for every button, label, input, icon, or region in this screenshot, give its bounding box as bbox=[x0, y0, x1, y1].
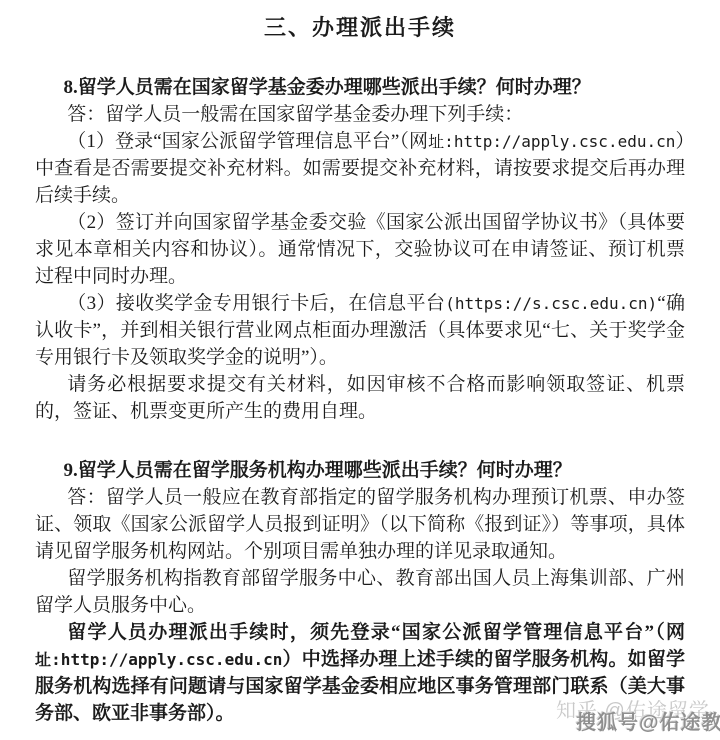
item-3: （3）接收奖学金专用银行卡后，在信息平台(https://s.csc.edu.c… bbox=[35, 290, 685, 371]
answer-9-intro: 答：留学人员一般应在教育部指定的留学服务机构办理预订机票、申办签证、领取《国家公… bbox=[35, 484, 685, 565]
document: 三、办理派出手续 8.留学人员需在国家留学基金委办理哪些派出手续？何时办理？答：… bbox=[35, 10, 685, 727]
document-body: 8.留学人员需在国家留学基金委办理哪些派出手续？何时办理？答：留学人员一般需在国… bbox=[35, 74, 685, 727]
document-title: 三、办理派出手续 bbox=[35, 12, 685, 44]
text-run: 8.留学人员需在国家留学基金委办理哪些派出手续？何时办理？ bbox=[64, 77, 591, 98]
text-run: （2）签订并向国家留学基金委交验《国家公派出国留学协议书》（具体要求见本章相关内… bbox=[35, 212, 685, 287]
url-text: 址:http://apply.csc.edu.cn bbox=[35, 650, 282, 669]
item-1: （1）登录“国家公派留学管理信息平台”（网址:http://apply.csc.… bbox=[35, 128, 685, 209]
service-agencies: 留学服务机构指教育部留学服务中心、教育部出国人员上海集训部、广州留学人员服务中心… bbox=[35, 565, 685, 619]
text-run: 留学服务机构指教育部留学服务中心、教育部出国人员上海集训部、广州留学人员服务中心… bbox=[35, 568, 685, 616]
text-run: （3）接收奖学金专用银行卡后，在信息平台 bbox=[67, 293, 445, 314]
notice-9-emphasis: 留学人员办理派出手续时，须先登录“国家公派留学管理信息平台”（网址:http:/… bbox=[35, 619, 685, 727]
answer-8-intro: 答：留学人员一般需在国家留学基金委办理下列手续： bbox=[35, 101, 685, 128]
question-9: 9.留学人员需在留学服务机构办理哪些派出手续？何时办理？ bbox=[35, 457, 685, 484]
item-2: （2）签订并向国家留学基金委交验《国家公派出国留学协议书》（具体要求见本章相关内… bbox=[35, 209, 685, 290]
url-text: 址:http://apply.csc.edu.cn bbox=[428, 132, 675, 151]
text-run: 答：留学人员一般需在国家留学基金委办理下列手续： bbox=[67, 104, 523, 125]
text-run: 请务必根据要求提交有关材料，如因审核不合格而影响领取签证、机票的，签证、机票变更… bbox=[35, 374, 685, 422]
text-run: （1）登录“国家公派留学管理信息平台”（网 bbox=[67, 131, 428, 152]
text-run: 9.留学人员需在留学服务机构办理哪些派出手续？何时办理？ bbox=[64, 460, 572, 481]
notice-8: 请务必根据要求提交有关材料，如因审核不合格而影响领取签证、机票的，签证、机票变更… bbox=[35, 371, 685, 425]
page-root: 三、办理派出手续 8.留学人员需在国家留学基金委办理哪些派出手续？何时办理？答：… bbox=[0, 0, 720, 740]
text-run: 留学人员办理派出手续时，须先登录“国家公派留学管理信息平台”（网 bbox=[67, 622, 685, 643]
text-run: 答：留学人员一般应在教育部指定的留学服务机构办理预订机票、申办签证、领取《国家公… bbox=[35, 487, 685, 562]
question-8: 8.留学人员需在国家留学基金委办理哪些派出手续？何时办理？ bbox=[35, 74, 685, 101]
url-text: (https://s.csc.edu.cn) bbox=[445, 294, 657, 313]
